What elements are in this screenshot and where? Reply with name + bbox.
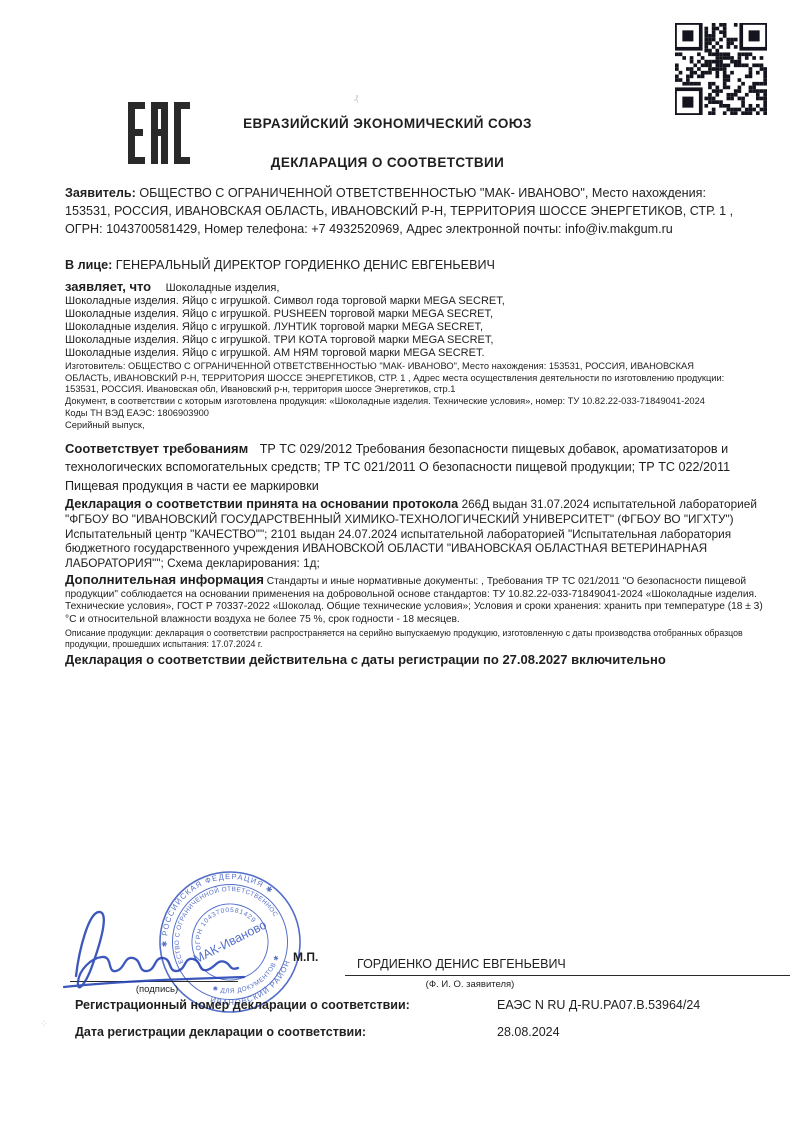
scan-artifact: ⁘ [40, 1019, 48, 1030]
fio-line [345, 975, 790, 976]
in-person-label: В лице: [65, 258, 112, 272]
manufacturer-line: Изготовитель: ОБЩЕСТВО С ОГРАНИЧЕННОЙ ОТ… [65, 361, 785, 373]
scan-artifact: ₰ [354, 94, 358, 103]
manufacturer-line: Документ, в соответствии с которым изгот… [65, 396, 785, 408]
applicant-fio: ГОРДИЕНКО ДЕНИС ЕВГЕНЬЕВИЧ [357, 957, 566, 971]
registration-date-label: Дата регистрации декларации о соответств… [75, 1025, 366, 1039]
declares-label: заявляет, что [65, 279, 151, 294]
basis-label: Декларация о соответствии принята на осн… [65, 496, 458, 511]
product-item: Шоколадные изделия. Яйцо с игрушкой. Сим… [65, 295, 765, 308]
validity-statement: Декларация о соответствии действительна … [65, 652, 785, 667]
additional-label: Дополнительная информация [65, 572, 264, 587]
svg-text:✱ РОССИЙСКАЯ ФЕДЕРАЦИЯ ✱: ✱ РОССИЙСКАЯ ФЕДЕРАЦИЯ ✱ [155, 867, 277, 951]
union-name: ЕВРАЗИЙСКИЙ ЭКОНОМИЧЕСКИЙ СОЮЗ [65, 116, 710, 131]
in-person-text: ГЕНЕРАЛЬНЫЙ ДИРЕКТОР ГОРДИЕНКО ДЕНИС ЕВГ… [116, 258, 495, 272]
product-description: Описание продукции: декларация о соответ… [65, 628, 767, 650]
fio-label: (Ф. И. О. заявителя) [400, 979, 540, 990]
product-item: Шоколадные изделия. Яйцо с игрушкой. ЛУН… [65, 321, 765, 334]
product-item: Шоколадные изделия. Яйцо с игрушкой. PUS… [65, 308, 765, 321]
product-item: Шоколадные изделия. Яйцо с игрушкой. ТРИ… [65, 334, 765, 347]
applicant-text: ОБЩЕСТВО С ОГРАНИЧЕННОЙ ОТВЕТСТВЕННОСТЬЮ… [65, 186, 733, 236]
manufacturer-block: Изготовитель: ОБЩЕСТВО С ОГРАНИЧЕННОЙ ОТ… [65, 361, 785, 431]
manufacturer-line: 153531, РОССИЯ. Ивановская обл, Ивановск… [65, 384, 785, 396]
podpis-label: (подпись) [112, 984, 202, 995]
applicant-paragraph: Заявитель: ОБЩЕСТВО С ОГРАНИЧЕННОЙ ОТВЕТ… [65, 184, 749, 238]
manufacturer-line: Коды ТН ВЭД ЕАЭС: 1806903900 [65, 408, 785, 420]
stamp-outer-top-text: ✱ РОССИЙСКАЯ ФЕДЕРАЦИЯ ✱ [155, 867, 277, 951]
complies-label: Соответствует требованиям [65, 441, 248, 456]
manufacturer-line: ОБЛАСТЬ, ИВАНОВСКИЙ Р-Н, ТЕРРИТОРИЯ ШОСС… [65, 373, 785, 385]
registration-number-label: Регистрационный номер декларации о соотв… [75, 998, 410, 1012]
registration-date-value: 28.08.2024 [497, 1025, 560, 1039]
complies-paragraph: Соответствует требованиям ТР ТС 029/2012… [65, 440, 747, 495]
applicant-label: Заявитель: [65, 186, 136, 200]
qr-code [675, 23, 767, 120]
additional-paragraph: Дополнительная информация Стандарты и ин… [65, 574, 767, 649]
basis-paragraph: Декларация о соответствии принята на осн… [65, 497, 757, 571]
product-list: Шоколадные изделия. Яйцо с игрушкой. Сим… [65, 295, 765, 360]
manufacturer-line: Серийный выпуск, [65, 420, 785, 432]
declares-intro: Шоколадные изделия, [166, 282, 280, 294]
mp-label: М.П. [293, 950, 318, 964]
in-person-line: В лице: ГЕНЕРАЛЬНЫЙ ДИРЕКТОР ГОРДИЕНКО Д… [65, 256, 765, 274]
product-item: Шоколадные изделия. Яйцо с игрушкой. АМ … [65, 347, 765, 360]
registration-number-value: ЕАЭС N RU Д-RU.РА07.В.53964/24 [497, 998, 700, 1012]
declares-line: заявляет, что Шоколадные изделия, [65, 278, 765, 296]
declaration-document: ₰ ⁘ ЕВРАЗИЙСКИЙ ЭКОНОМИЧЕСКИЙ СОЮЗ ДЕКЛА… [0, 0, 793, 1122]
page-title: ДЕКЛАРАЦИЯ О СООТВЕТСТВИИ [65, 155, 710, 170]
signature-line [70, 981, 238, 982]
